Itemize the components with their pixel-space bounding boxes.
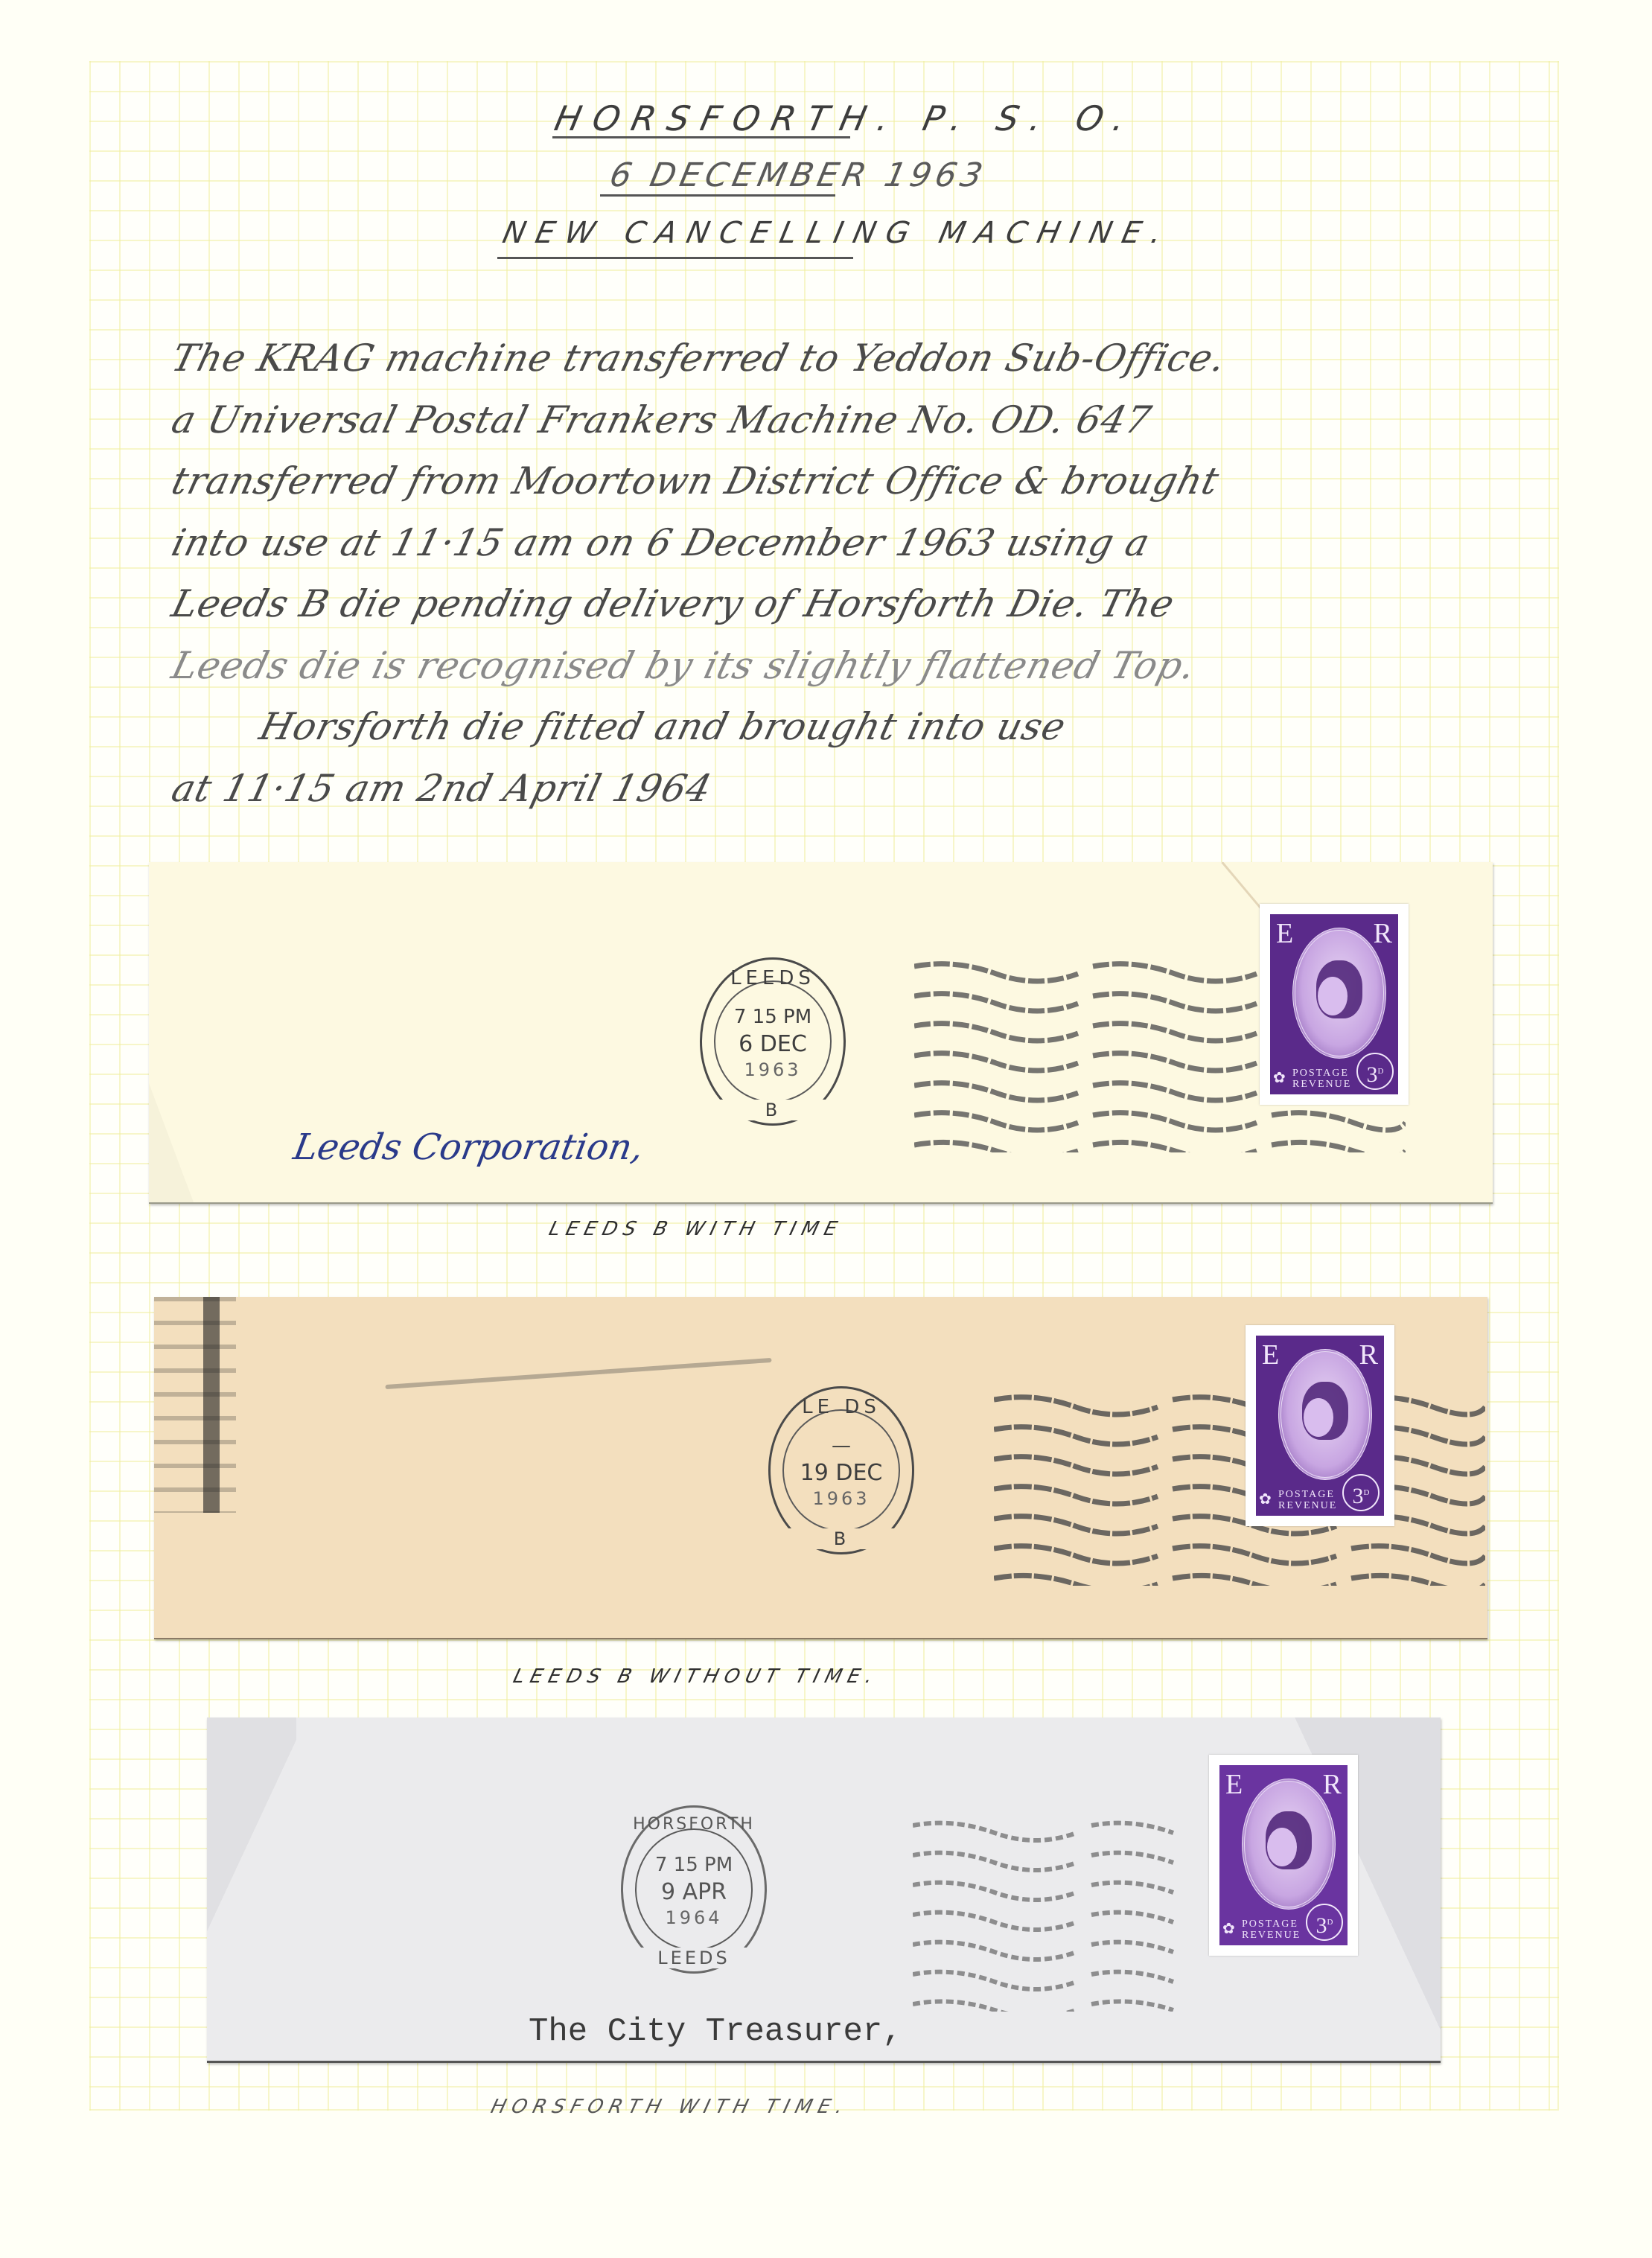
machine-cancel-wavy-lines (913, 1818, 1196, 2012)
pencil-streak (385, 1358, 771, 1389)
cover-leeds-b-with-time: LEEDS 7 15 PM 6 DEC 1963 B E R (149, 862, 1493, 1204)
stamp-cypher-e: E (1262, 1339, 1279, 1371)
postmark-town: LEEDS (702, 967, 843, 989)
handwritten-notes: The KRAG machine transferred to Yeddon S… (173, 328, 1483, 819)
stamp-label: POSTAGEREVENUE (1242, 1919, 1301, 1941)
envelope-flap (207, 1718, 296, 2061)
postmark-town: HORSFORTH (623, 1815, 765, 1834)
queen-portrait-icon (1278, 1349, 1372, 1480)
postmark-date: 6 DEC (702, 1031, 843, 1057)
postmark-date: 9 APR (623, 1879, 765, 1905)
postmark-code: B (702, 1100, 843, 1120)
postmark-year: 1963 (702, 1059, 843, 1080)
portrait-face (1267, 1828, 1297, 1866)
stamp-cypher-r: R (1323, 1768, 1342, 1801)
postage-stamp-3d: E R ✿ POSTAGEREVENUE 3D (1246, 1325, 1394, 1526)
postmark-year: 1963 (771, 1488, 912, 1509)
title-underline (552, 136, 850, 138)
note-line: The KRAG machine transferred to Yeddon S… (165, 328, 1491, 389)
date-underline (600, 194, 835, 197)
page-date: 6 DECEMBER 1963 (607, 156, 991, 194)
ink-smudge (154, 1297, 236, 1513)
postage-stamp-3d: E R ✿ POSTAGEREVENUE 3D (1209, 1755, 1358, 1956)
postmark-time: 7 15 PM (623, 1854, 765, 1876)
stamp-design: E R ✿ POSTAGEREVENUE 3D (1256, 1336, 1384, 1516)
page-title: HORSFORTH. P. S. O. (551, 98, 1141, 138)
addressee-typewritten: The City Treasurer, (529, 2013, 902, 2050)
postmark-time: 7 15 PM (702, 1006, 843, 1028)
postmark-code: B (771, 1528, 912, 1549)
queen-portrait-icon (1292, 928, 1386, 1059)
portrait-face (1304, 1398, 1333, 1437)
postmark-year: 1964 (623, 1907, 765, 1928)
portrait-face (1318, 977, 1348, 1015)
cover-leeds-b-without-time: LE DS — 19 DEC 1963 B E R ✿ (154, 1297, 1487, 1639)
stamp-cypher-r: R (1359, 1339, 1378, 1371)
stamp-cypher-e: E (1276, 917, 1293, 950)
cover-caption: HORSFORTH WITH TIME. (488, 2096, 851, 2118)
note-line: at 11·15 am 2nd April 1964 (165, 758, 1491, 820)
postmark-date: 19 DEC (771, 1460, 912, 1486)
postage-stamp-3d: E R ✿ POSTAGEREVENUE 3D (1260, 904, 1409, 1105)
stamp-design: E R ✿ POSTAGEREVENUE 3D (1219, 1765, 1348, 1945)
stamp-cypher-e: E (1225, 1768, 1243, 1801)
note-line: transferred from Moortown District Offic… (165, 450, 1491, 512)
note-line: Leeds B die pending delivery of Horsfort… (165, 573, 1491, 635)
stamp-design: E R ✿ POSTAGEREVENUE 3D (1270, 914, 1398, 1094)
envelope-flap (149, 1083, 194, 1202)
addressee-handwritten: Leeds Corporation, (290, 1126, 647, 1168)
queen-portrait-icon (1242, 1779, 1336, 1910)
postmark-time: — (771, 1435, 912, 1457)
postmark-town: LE DS (771, 1396, 912, 1418)
cover-caption: LEEDS B WITH TIME (546, 1218, 845, 1240)
stamp-label: POSTAGEREVENUE (1278, 1489, 1337, 1511)
stamp-value: 3D (1342, 1474, 1380, 1511)
postmark: LEEDS 7 15 PM 6 DEC 1963 B (700, 957, 846, 1126)
page-subtitle: NEW CANCELLING MACHINE. (500, 216, 1175, 250)
note-line: a Universal Postal Frankers Machine No. … (165, 389, 1491, 451)
cover-caption: LEEDS B WITHOUT TIME. (511, 1665, 881, 1688)
stamp-label: POSTAGEREVENUE (1292, 1068, 1351, 1090)
cover-horsforth-with-time: HORSFORTH 7 15 PM 9 APR 1964 LEEDS E (207, 1718, 1441, 2063)
note-line: Leeds die is recognised by its slightly … (165, 635, 1491, 697)
note-line: Horsforth die fitted and brought into us… (165, 696, 1491, 758)
floral-emblem-icon: ✿ (1259, 1490, 1272, 1508)
floral-emblem-icon: ✿ (1273, 1068, 1286, 1087)
machine-cancel-wavy-lines (994, 1392, 1485, 1586)
postmark-code: LEEDS (623, 1948, 765, 1968)
stamp-value: 3D (1356, 1053, 1394, 1090)
floral-emblem-icon: ✿ (1222, 1919, 1235, 1938)
note-line: into use at 11·15 am on 6 December 1963 … (165, 512, 1491, 574)
stamp-cypher-r: R (1374, 917, 1392, 950)
subtitle-underline (497, 257, 853, 259)
postmark: LE DS — 19 DEC 1963 B (768, 1386, 914, 1554)
postmark: HORSFORTH 7 15 PM 9 APR 1964 LEEDS (621, 1805, 767, 1974)
stamp-value: 3D (1306, 1904, 1343, 1941)
